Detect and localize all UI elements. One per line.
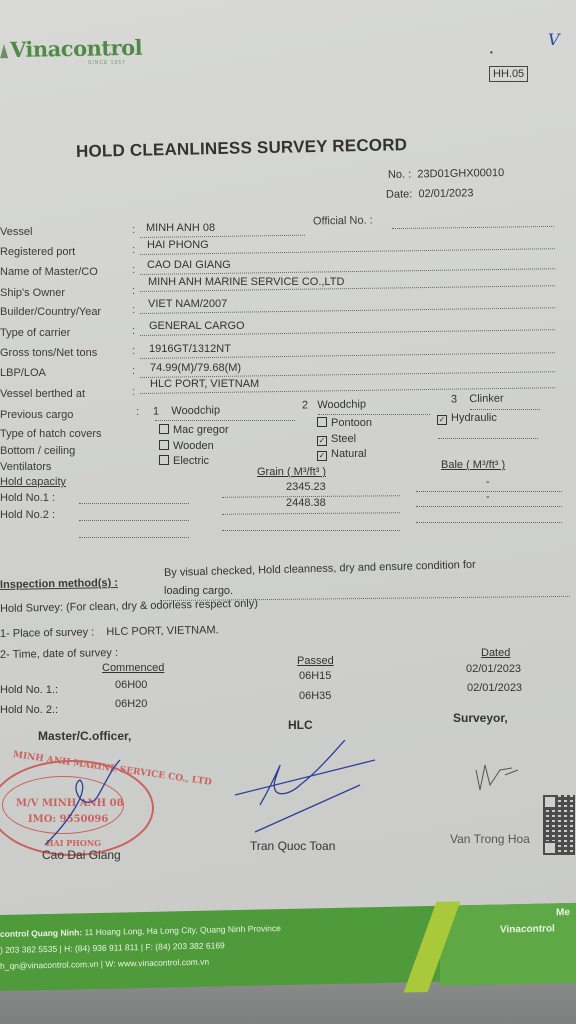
vessel-field-label: Registered port — [0, 246, 75, 258]
vessel-field-label: Name of Master/CO — [0, 266, 98, 278]
survey-hold-2-dated: 02/01/2023 — [467, 682, 522, 694]
place-label: 1- Place of survey : — [0, 626, 94, 640]
footer-address-text: 11 Hoang Long, Ha Long City, Quang Ninh … — [85, 923, 281, 937]
vessel-field-value: GENERAL CARGO — [149, 320, 245, 332]
colon: : — [132, 224, 135, 236]
checkbox-natural[interactable]: ✓Natural — [317, 448, 366, 461]
handwritten-mark: V — [548, 30, 560, 49]
field-line — [318, 414, 430, 415]
vessel-field-label: Builder/Country/Year — [0, 306, 101, 318]
survey-hold-2-label: Hold No. 2.: — [0, 704, 58, 716]
colon: : — [132, 285, 135, 297]
record-date: Date: 02/01/2023 — [386, 187, 474, 201]
qr-corner — [543, 841, 557, 855]
field-line — [222, 512, 400, 515]
checkbox-pontoon[interactable]: Pontoon — [317, 417, 372, 429]
record-number: No. : 23D01GHX00010 — [388, 167, 504, 181]
footer-band: control Quang Ninh: 11 Hoang Long, Ha Lo… — [0, 903, 576, 991]
time-date-label: 2- Time, date of survey : — [0, 647, 118, 661]
bale-header: Bale ( M³/ft³ ) — [441, 459, 505, 471]
checkbox-mac-gregor[interactable]: Mac gregor — [159, 424, 229, 436]
master-signature-icon — [45, 760, 120, 845]
col-dated: Dated — [481, 647, 510, 659]
vessel-field-label: LBP/LOA — [0, 367, 46, 379]
qr-corner — [543, 795, 557, 809]
footer-contacts: h_qn@vinacontrol.com.vn | W: www.vinacon… — [0, 957, 209, 971]
checkbox-icon[interactable]: ✓ — [437, 415, 447, 425]
hold-2-grain: 2448.38 — [286, 497, 326, 509]
place-of-survey: 1- Place of survey : HLC PORT, VIETNAM. — [0, 624, 219, 640]
cargo-num: 1 — [153, 405, 159, 417]
col-passed: Passed — [297, 655, 334, 667]
vessel-field-value: MINH ANH MARINE SERVICE CO.,LTD — [148, 276, 344, 288]
checkbox-label: Steel — [331, 433, 356, 445]
vessel-field-value: CAO DAI GIANG — [147, 259, 231, 271]
field-line — [79, 537, 189, 538]
checkbox-hydraulic[interactable]: ✓Hydraulic — [437, 412, 497, 425]
previous-cargo-2: 2 Woodchip — [302, 398, 366, 411]
checkbox-label: Wooden — [173, 440, 214, 452]
logo-text: Vinacontrol — [10, 35, 143, 62]
checkbox-icon[interactable]: ✓ — [317, 436, 327, 446]
field-line — [470, 409, 540, 410]
document-page: Vinacontrol SINCE 1957 • V HH.05 HOLD CL… — [0, 0, 576, 915]
field-line — [140, 235, 305, 238]
hold-survey-heading: Hold Survey: (For clean, dry & odorless … — [0, 598, 258, 615]
survey-hold-1-commenced: 06H00 — [115, 679, 147, 691]
checkbox-label: Mac gregor — [173, 424, 229, 436]
col-commenced: Commenced — [102, 662, 164, 674]
inspection-method-line1: By visual checked, Hold cleanness, dry a… — [164, 559, 476, 579]
hold-2-bale: - — [486, 491, 490, 503]
hlc-signature-icon — [235, 740, 375, 832]
surveyor-signature-icon — [476, 765, 518, 790]
master-name: Cao Dai Giang — [42, 848, 121, 862]
checkbox-wooden[interactable]: Wooden — [159, 440, 214, 452]
hlc-name: Tran Quoc Toan — [250, 839, 335, 853]
survey-hold-1-label: Hold No. 1.: — [0, 684, 58, 696]
vessel-field-label: Vessel berthed at — [0, 388, 85, 400]
vessel-field-value: HLC PORT, VIETNAM — [150, 378, 259, 390]
vessel-field-value: 74.99(M)/79.68(M) — [150, 362, 241, 374]
previous-cargo-label: Previous cargo — [0, 409, 73, 421]
cargo-num: 2 — [302, 399, 308, 411]
survey-hold-1-dated: 02/01/2023 — [466, 663, 521, 675]
record-date-label: Date: — [386, 188, 413, 200]
colon: : — [132, 365, 135, 377]
footer-right-text2: Vinacontrol — [500, 923, 555, 935]
footer-address: control Quang Ninh: 11 Hoang Long, Ha Lo… — [0, 923, 281, 939]
logo-tagline: SINCE 1957 — [88, 60, 126, 66]
checkbox-icon[interactable] — [317, 417, 327, 427]
checkbox-icon[interactable] — [159, 455, 169, 465]
hold-capacity-label: Hold capacity — [0, 476, 66, 488]
official-no-label: Official No. : — [313, 214, 373, 227]
hlc-signature-label: HLC — [288, 718, 313, 732]
vinacontrol-logo: Vinacontrol — [0, 35, 142, 62]
vessel-field-label: Ship's Owner — [0, 287, 65, 299]
official-no-field — [392, 226, 554, 229]
grain-header: Grain ( M³/ft³ ) — [257, 466, 326, 478]
checkbox-icon[interactable] — [159, 440, 169, 450]
survey-hold-2-commenced: 06H20 — [115, 698, 147, 710]
colon: : — [132, 304, 135, 316]
qr-code-icon — [543, 795, 575, 855]
surveyor-signature-label: Surveyor, — [453, 711, 508, 725]
field-line — [79, 520, 189, 521]
previous-cargo-3: 3 Clinker — [451, 393, 504, 406]
footer-office-name: control Quang Ninh: — [0, 927, 82, 939]
footer-right-text1: Me — [556, 907, 570, 918]
colon: : — [132, 386, 135, 398]
colon: : — [132, 345, 135, 357]
record-no-value: 23D01GHX00010 — [417, 167, 504, 181]
vessel-field-value: 1916GT/1312NT — [149, 343, 231, 355]
field-line — [438, 438, 538, 439]
vessel-field-label: Vessel — [0, 226, 32, 238]
survey-hold-1-passed: 06H15 — [299, 670, 331, 682]
hold-2-label: Hold No.2 : — [0, 509, 55, 521]
bottom-ceiling-label: Bottom / ceiling — [0, 445, 75, 457]
colon: : — [132, 264, 135, 276]
vessel-field-value: HAI PHONG — [147, 239, 209, 251]
hold-1-bale: - — [486, 476, 490, 488]
place-value: HLC PORT, VIETNAM. — [106, 624, 218, 638]
colon: : — [132, 244, 135, 256]
hold-1-label: Hold No.1 : — [0, 492, 55, 504]
vessel-field-label: Gross tons/Net tons — [0, 347, 97, 359]
checkbox-icon[interactable]: ✓ — [317, 451, 327, 461]
field-line — [222, 530, 400, 531]
surveyor-name: Van Trong Hoa — [450, 832, 530, 846]
checkbox-label: Electric — [173, 455, 209, 467]
survey-hold-2-passed: 06H35 — [299, 690, 331, 702]
colon: : — [136, 406, 139, 418]
stray-mark: • — [490, 48, 493, 57]
record-no-label: No. : — [388, 169, 411, 181]
checkbox-steel[interactable]: ✓Steel — [317, 433, 356, 446]
field-line — [416, 506, 562, 507]
record-date-value: 02/01/2023 — [418, 187, 473, 200]
previous-cargo-1: 1 Woodchip — [153, 404, 220, 417]
vessel-field-value: MINH ANH 08 — [146, 222, 215, 234]
checkbox-label: Natural — [331, 448, 366, 460]
page-title: HOLD CLEANLINESS SURVEY RECORD — [76, 135, 408, 162]
inspection-method-line2: loading cargo. — [164, 585, 233, 597]
hatch-covers-label: Type of hatch covers — [0, 428, 102, 440]
vessel-field-value: VIET NAM/2007 — [148, 298, 227, 310]
cargo-value: Woodchip — [171, 404, 220, 417]
ventilators-label: Ventilators — [0, 461, 51, 473]
field-line — [79, 503, 189, 504]
colon: : — [132, 325, 135, 337]
cargo-value: Woodchip — [317, 398, 366, 411]
vessel-field-label: Type of carrier — [0, 327, 70, 339]
checkbox-icon[interactable] — [159, 424, 169, 434]
checkbox-electric[interactable]: Electric — [159, 455, 209, 467]
checkbox-label: Hydraulic — [451, 412, 497, 424]
form-code-badge: HH.05 — [489, 66, 528, 82]
inspection-method-label: Inspection method(s) : — [0, 577, 118, 591]
footer-phones: ) 203 382 5535 | H: (84) 936 911 811 | F… — [0, 940, 225, 955]
field-line — [155, 420, 295, 421]
hold-1-grain: 2345.23 — [286, 481, 326, 493]
logo-triangle-icon — [0, 44, 8, 58]
cargo-value: Clinker — [469, 393, 503, 406]
field-line — [416, 522, 562, 523]
checkbox-label: Pontoon — [331, 417, 372, 429]
cargo-num: 3 — [451, 393, 457, 405]
